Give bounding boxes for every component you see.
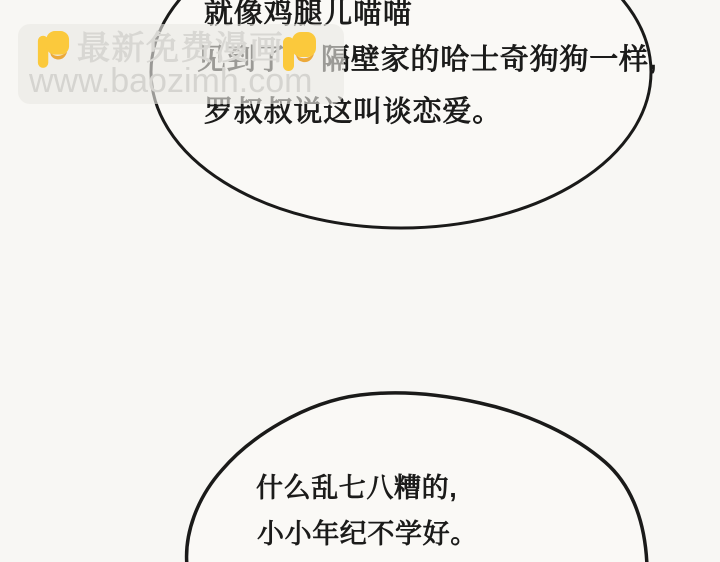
- comic-panel: 就像鸡腿儿喵喵 见到了 隔壁家的哈士奇狗狗一样, 罗叔叔说这叫谈恋爱。 什么乱七…: [0, 0, 720, 562]
- pointing-down-icon: [36, 28, 70, 70]
- watermark-url-text: www.baozimh.com: [29, 63, 312, 100]
- pointing-down-icon: [281, 29, 317, 73]
- bottom-bubble-text-line-1: 什么乱七八糟的,: [256, 473, 457, 504]
- bottom-bubble-text-line-2: 小小年纪不学好。: [257, 519, 478, 550]
- top-bubble-text-line-2-after-icon: 隔壁家的哈士奇狗狗一样,: [321, 44, 658, 77]
